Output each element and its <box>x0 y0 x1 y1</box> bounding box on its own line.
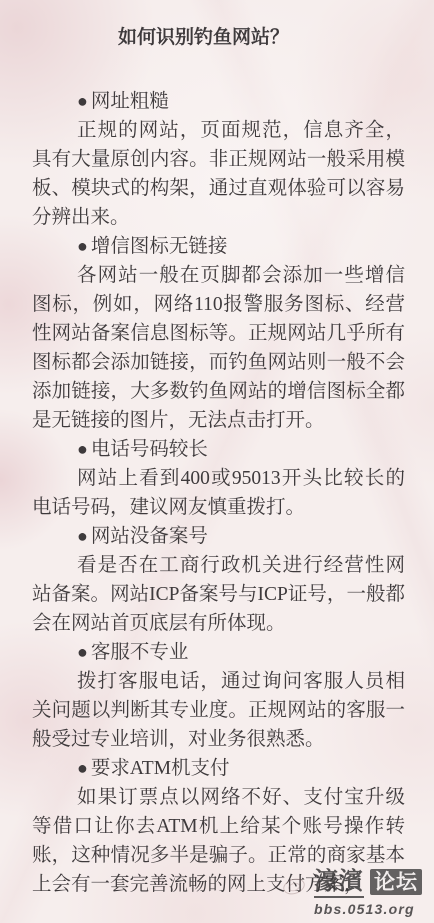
watermark-forum-badge: 论坛 <box>370 869 422 895</box>
section-heading-text: 电话号码较长 <box>91 439 208 460</box>
section-heading: ●网址粗糙 <box>32 87 405 116</box>
section-paragraph: 拨打客服电话，通过询问客服人员相关问题以判断其专业度。正规网站的客服一般受过专业… <box>32 667 405 754</box>
watermark-url: bbs.0513.org <box>314 901 432 917</box>
section-paragraph: 正规的网站，页面规范，信息齐全，具有大量原创内容。非正规网站一般采用模板、模块式… <box>32 116 405 232</box>
section: ●网址粗糙 正规的网站，页面规范，信息齐全，具有大量原创内容。非正规网站一般采用… <box>32 87 405 232</box>
section-paragraph: 看是否在工商行政机关进行经营性网站备案。网站ICP备案号与ICP证号，一般都会在… <box>32 551 405 638</box>
page-title: 如何识别钓鱼网站？ <box>32 24 405 52</box>
section-heading-text: 要求ATM机支付 <box>91 758 230 779</box>
bullet-icon: ● <box>77 522 88 551</box>
section: ●电话号码较长 网站上看到400或95013开头比较长的电话号码，建议网友慎重拨… <box>32 435 405 522</box>
section-heading-text: 网址粗糙 <box>91 91 169 112</box>
bullet-icon: ● <box>77 435 88 464</box>
section-heading-text: 网站没备案号 <box>91 526 208 547</box>
watermark-logo-row: 濠濱 论坛 <box>314 869 432 898</box>
bullet-icon: ● <box>77 232 88 261</box>
forum-watermark: 濠濱 论坛 bbs.0513.org <box>314 869 432 917</box>
section: ●增信图标无链接 各网站一般在页脚都会添加一些增信图标，例如，网络110报警服务… <box>32 232 405 435</box>
section-heading: ●要求ATM机支付 <box>32 754 405 783</box>
section: ●客服不专业 拨打客服电话，通过询问客服人员相关问题以判断其专业度。正规网站的客… <box>32 638 405 754</box>
section-heading: ●客服不专业 <box>32 638 405 667</box>
section-heading: ●网站没备案号 <box>32 522 405 551</box>
section-heading: ●增信图标无链接 <box>32 232 405 261</box>
section-paragraph: 各网站一般在页脚都会添加一些增信图标，例如，网络110报警服务图标、经营性网站备… <box>32 261 405 435</box>
section-paragraph: 网站上看到400或95013开头比较长的电话号码，建议网友慎重拨打。 <box>32 464 405 522</box>
section-heading-text: 客服不专业 <box>91 642 189 663</box>
bullet-icon: ● <box>77 638 88 667</box>
section-heading-text: 增信图标无链接 <box>91 236 228 257</box>
bullet-icon: ● <box>77 754 88 783</box>
section: ●网站没备案号 看是否在工商行政机关进行经营性网站备案。网站ICP备案号与ICP… <box>32 522 405 638</box>
bullet-icon: ● <box>77 87 88 116</box>
article-page: 如何识别钓鱼网站？ ●网址粗糙 正规的网站，页面规范，信息齐全，具有大量原创内容… <box>0 0 434 923</box>
section-heading: ●电话号码较长 <box>32 435 405 464</box>
article-body: ●网址粗糙 正规的网站，页面规范，信息齐全，具有大量原创内容。非正规网站一般采用… <box>32 87 405 899</box>
watermark-site-name: 濠濱 <box>314 869 364 898</box>
